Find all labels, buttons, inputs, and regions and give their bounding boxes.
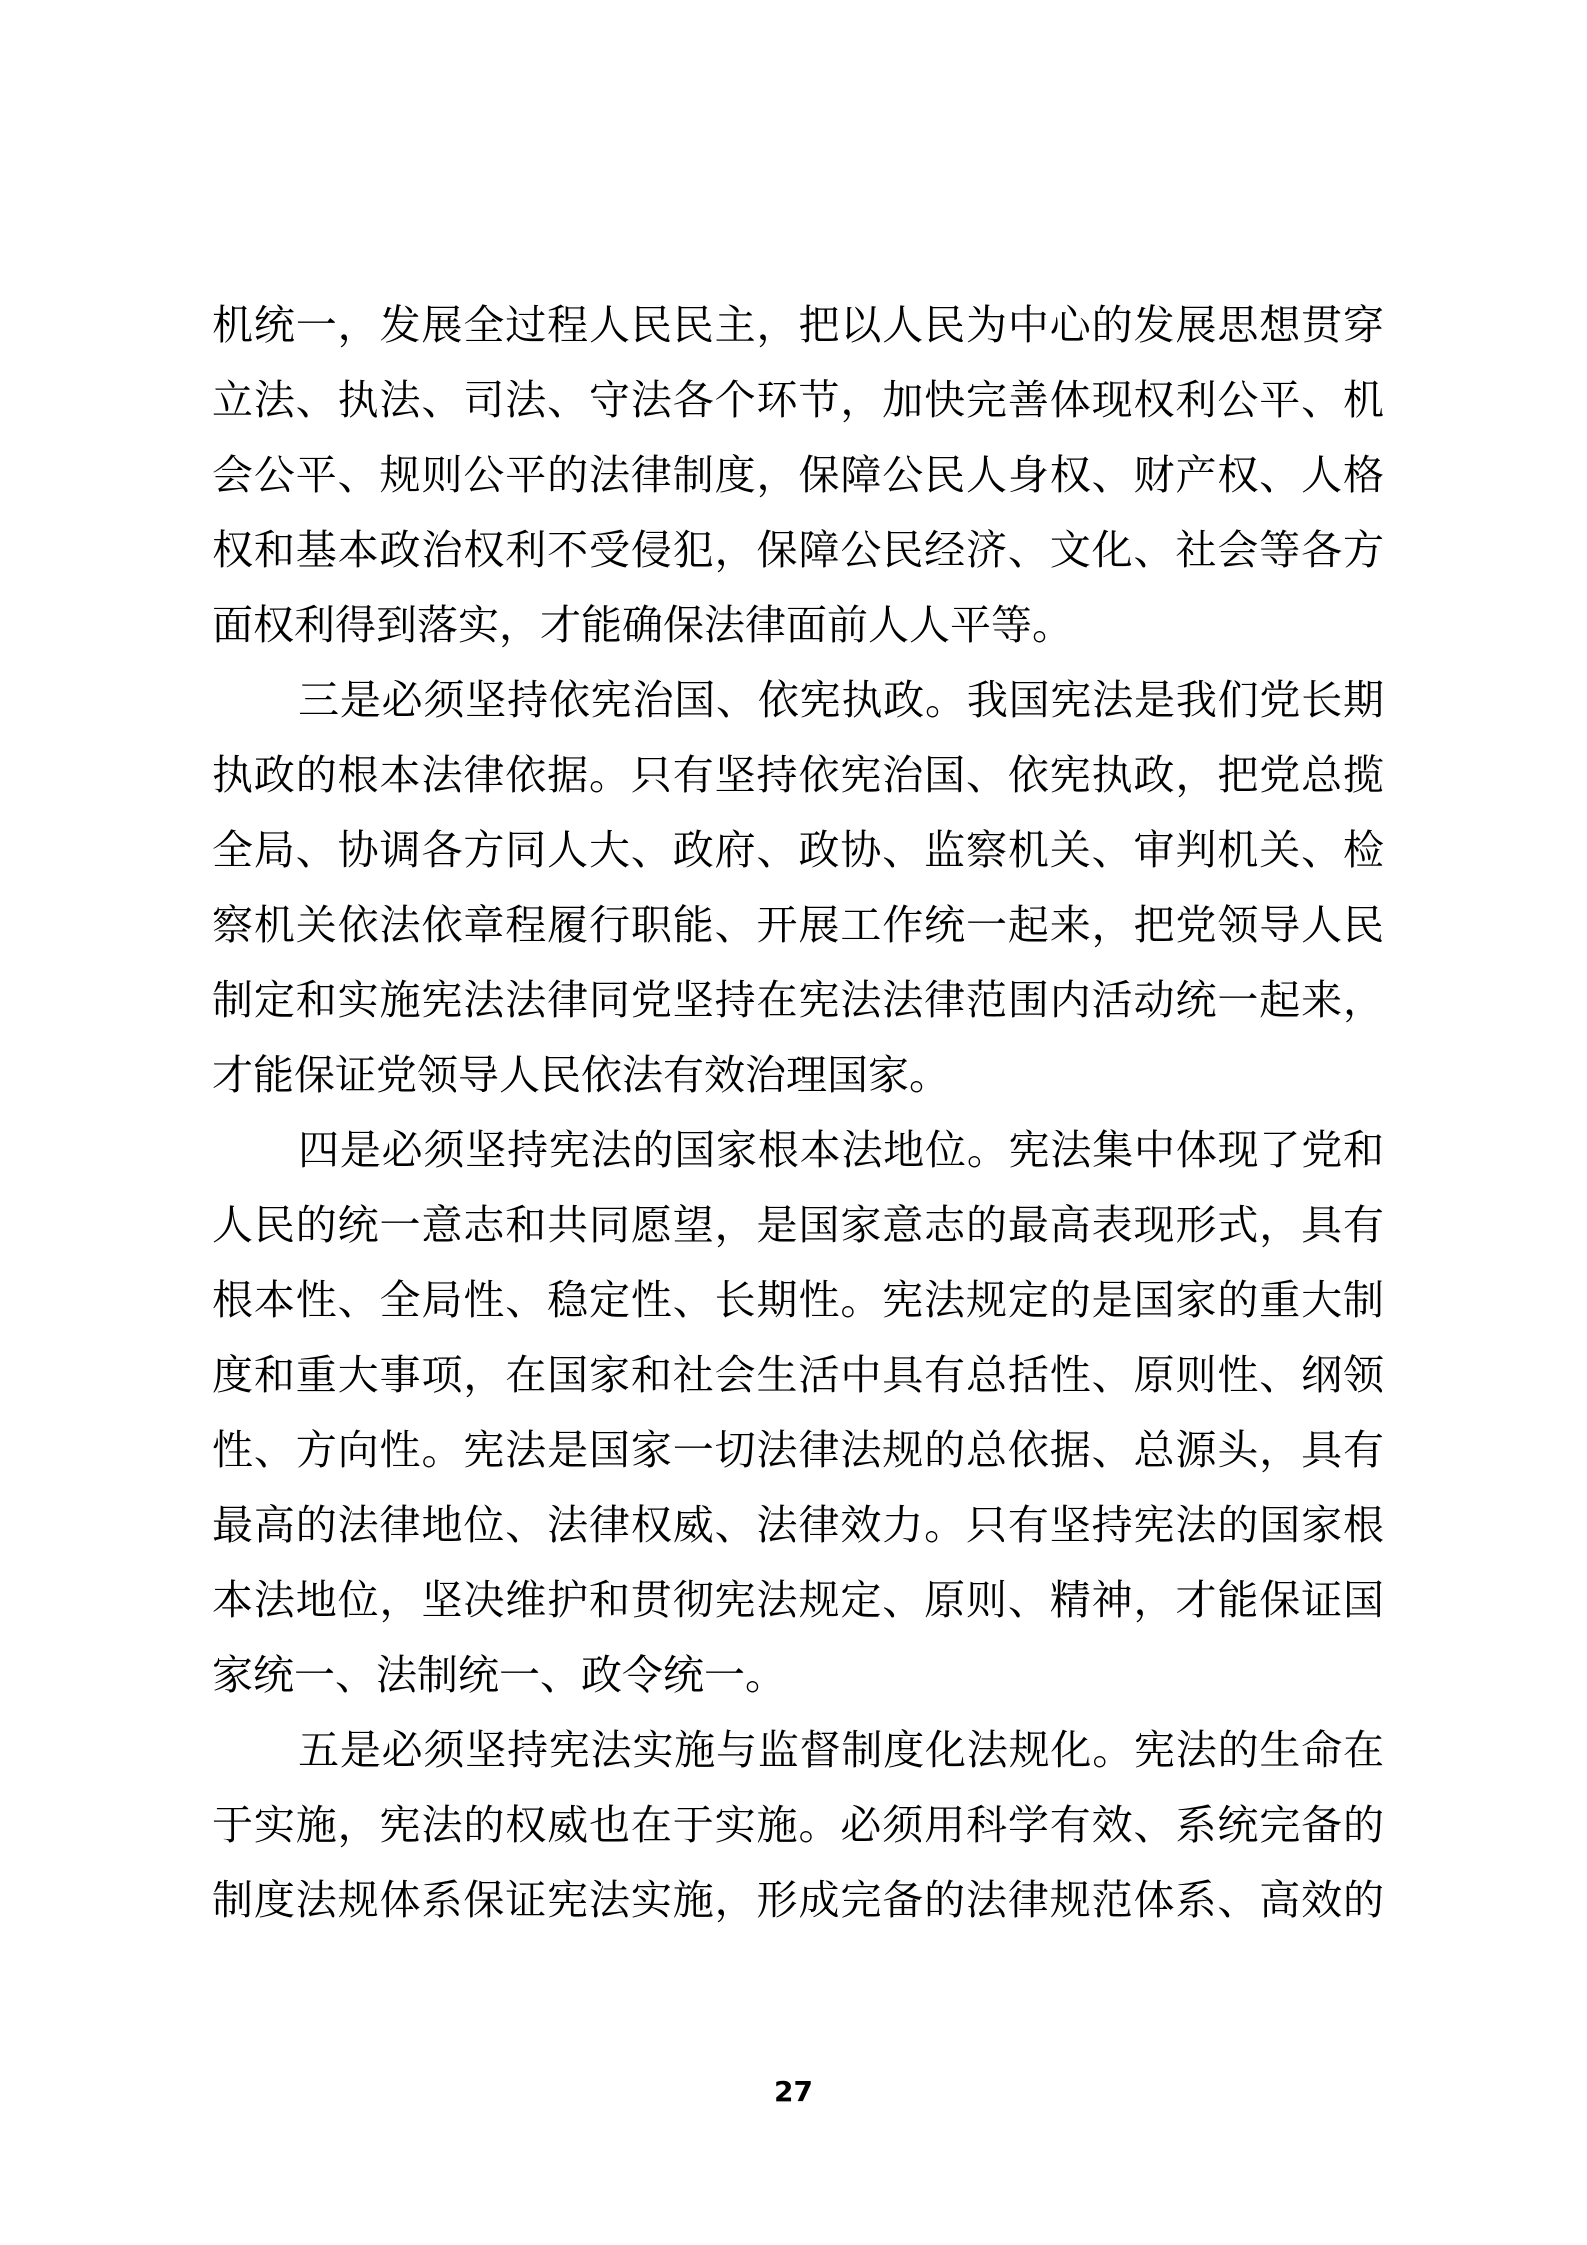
- document-page: 机统一，发展全过程人民民主，把以人民为中心的发展思想贯穿立法、执法、司法、守法各…: [0, 0, 1587, 2245]
- text-line: 察机关依法依章程履行职能、开展工作统一起来，把党领导人民: [212, 888, 1384, 963]
- text-line: 立法、执法、司法、守法各个环节，加快完善体现权利公平、机: [212, 363, 1384, 438]
- document-body: 机统一，发展全过程人民民主，把以人民为中心的发展思想贯穿立法、执法、司法、守法各…: [212, 288, 1384, 1938]
- text-line: 权和基本政治权利不受侵犯，保障公民经济、文化、社会等各方: [212, 513, 1384, 588]
- text-line: 根本性、全局性、稳定性、长期性。宪法规定的是国家的重大制: [212, 1263, 1384, 1338]
- text-line: 于实施，宪法的权威也在于实施。必须用科学有效、系统完备的: [212, 1788, 1384, 1863]
- paragraph: 三是必须坚持依宪治国、依宪执政。我国宪法是我们党长期执政的根本法律依据。只有坚持…: [212, 663, 1384, 1113]
- text-line: 最高的法律地位、法律权威、法律效力。只有坚持宪法的国家根: [212, 1488, 1384, 1563]
- text-line: 性、方向性。宪法是国家一切法律法规的总依据、总源头，具有: [212, 1413, 1384, 1488]
- text-line: 度和重大事项，在国家和社会生活中具有总括性、原则性、纲领: [212, 1338, 1384, 1413]
- text-line: 四是必须坚持宪法的国家根本法地位。宪法集中体现了党和: [212, 1113, 1384, 1188]
- text-line: 人民的统一意志和共同愿望，是国家意志的最高表现形式，具有: [212, 1188, 1384, 1263]
- text-line: 家统一、法制统一、政令统一。: [212, 1638, 1384, 1713]
- text-line: 全局、协调各方同人大、政府、政协、监察机关、审判机关、检: [212, 813, 1384, 888]
- text-line: 执政的根本法律依据。只有坚持依宪治国、依宪执政，把党总揽: [212, 738, 1384, 813]
- text-line: 制度法规体系保证宪法实施，形成完备的法律规范体系、高效的: [212, 1863, 1384, 1938]
- paragraph: 五是必须坚持宪法实施与监督制度化法规化。宪法的生命在于实施，宪法的权威也在于实施…: [212, 1713, 1384, 1938]
- text-line: 制定和实施宪法法律同党坚持在宪法法律范围内活动统一起来，: [212, 963, 1384, 1038]
- paragraph: 机统一，发展全过程人民民主，把以人民为中心的发展思想贯穿立法、执法、司法、守法各…: [212, 288, 1384, 663]
- page-number: 27: [0, 2072, 1587, 2112]
- text-line: 本法地位，坚决维护和贯彻宪法规定、原则、精神，才能保证国: [212, 1563, 1384, 1638]
- text-line: 机统一，发展全过程人民民主，把以人民为中心的发展思想贯穿: [212, 288, 1384, 363]
- text-line: 三是必须坚持依宪治国、依宪执政。我国宪法是我们党长期: [212, 663, 1384, 738]
- text-line: 五是必须坚持宪法实施与监督制度化法规化。宪法的生命在: [212, 1713, 1384, 1788]
- text-line: 会公平、规则公平的法律制度，保障公民人身权、财产权、人格: [212, 438, 1384, 513]
- text-line: 才能保证党领导人民依法有效治理国家。: [212, 1038, 1384, 1113]
- text-line: 面权利得到落实，才能确保法律面前人人平等。: [212, 588, 1384, 663]
- paragraph: 四是必须坚持宪法的国家根本法地位。宪法集中体现了党和人民的统一意志和共同愿望，是…: [212, 1113, 1384, 1713]
